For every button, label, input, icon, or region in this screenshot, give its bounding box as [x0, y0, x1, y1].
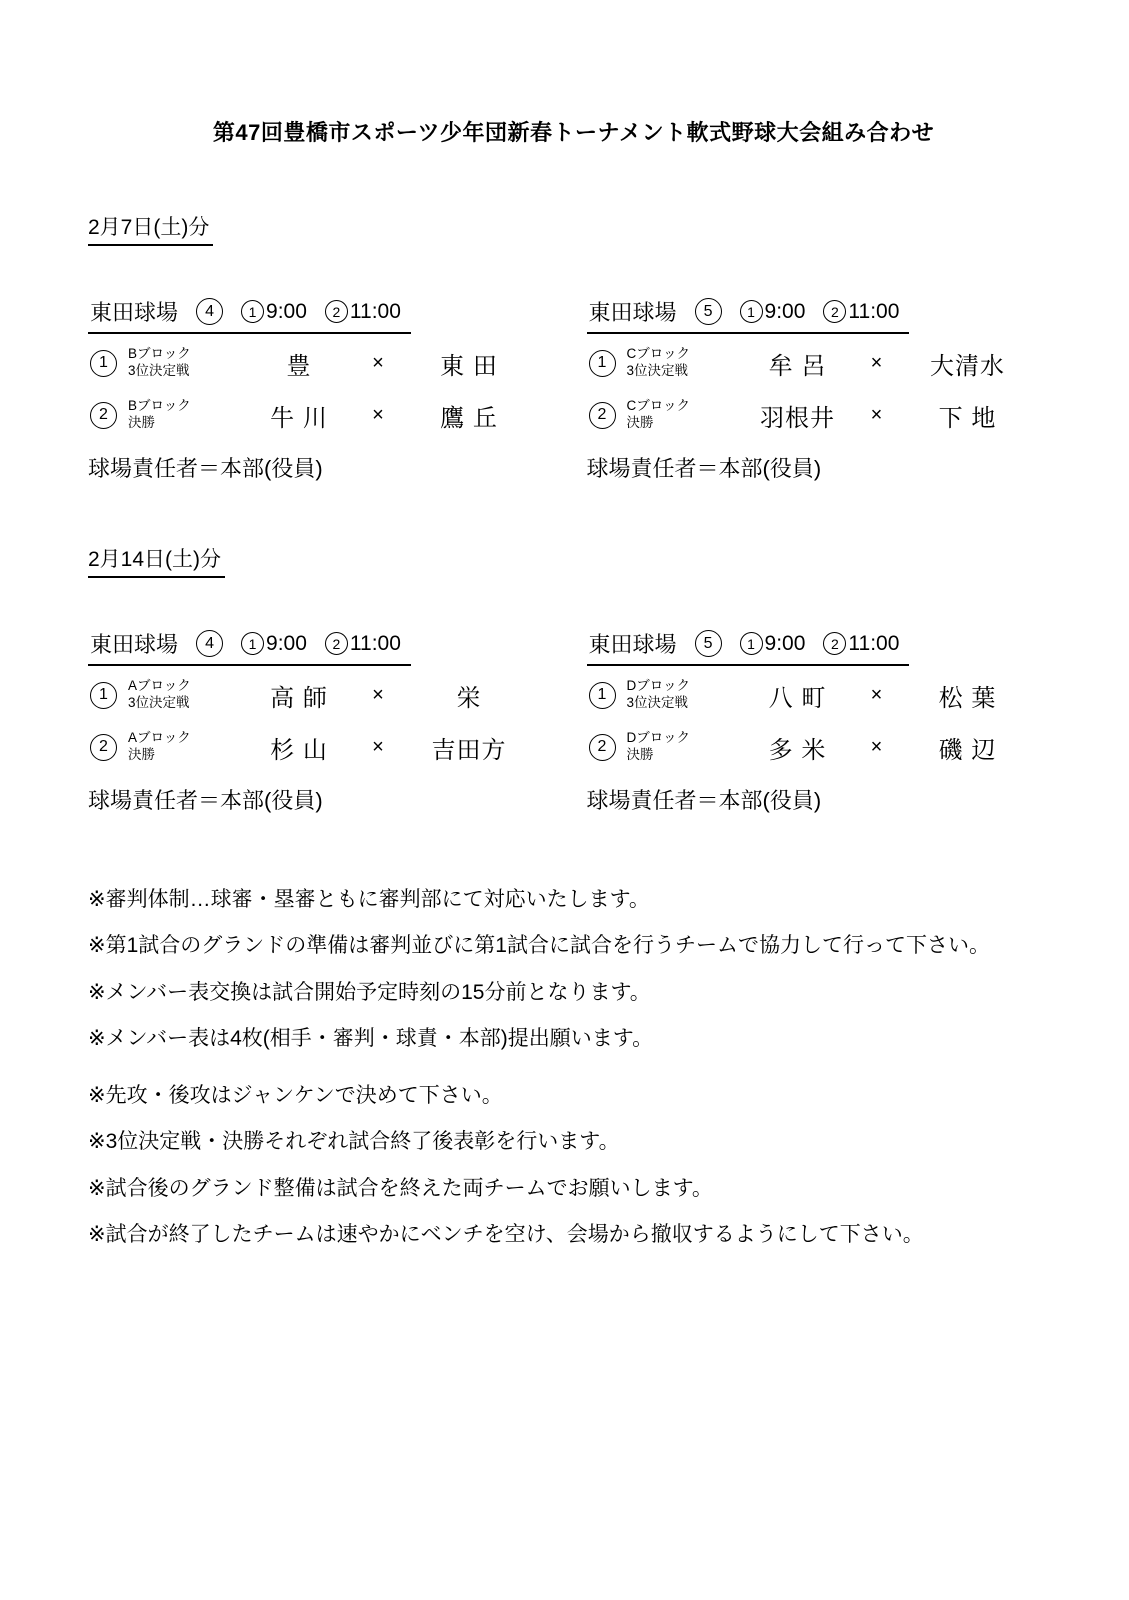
round-label: 3位決定戦 — [627, 363, 745, 380]
game-number-badge: 1 — [589, 350, 616, 377]
game-time-2: 211:00 — [325, 632, 401, 656]
game-time-2: 211:00 — [823, 300, 899, 324]
time-text: 9:00 — [266, 300, 307, 324]
block-round-label: Bブロック 決勝 — [128, 398, 246, 432]
team-name-right: 栄 — [404, 678, 534, 713]
circled-1-icon: 1 — [740, 300, 763, 323]
time-text: 11:00 — [350, 632, 401, 656]
team-name-right: 磯 辺 — [903, 730, 1033, 765]
time-num: 1 — [747, 305, 755, 319]
team-name-left: 羽根井 — [745, 398, 851, 433]
round-label: 3位決定戦 — [128, 695, 246, 712]
venue-header: 東田球場 4 19:00 211:00 — [88, 628, 411, 666]
block-label: Aブロック — [128, 678, 246, 695]
game-time-1: 19:00 — [241, 300, 307, 324]
team-name-left: 杉 山 — [246, 730, 352, 765]
date-heading: 2月7日(土)分 — [88, 211, 213, 246]
team-name-left: 多 米 — [745, 730, 851, 765]
circled-2-icon: 2 — [823, 632, 846, 655]
time-text: 9:00 — [765, 300, 806, 324]
manager-note: 球場責任者＝本部(役員) — [88, 784, 561, 815]
game-row: 1 Dブロック 3位決定戦 八 町 × 松 葉 — [587, 672, 1060, 718]
time-num: 2 — [332, 305, 340, 319]
manager-note: 球場責任者＝本部(役員) — [88, 452, 561, 483]
team-name-left: 豊 — [246, 346, 352, 381]
vs-mark: × — [352, 352, 404, 375]
round-label: 3位決定戦 — [627, 695, 745, 712]
game-time-1: 19:00 — [740, 300, 806, 324]
game-number: 2 — [598, 739, 607, 755]
venue-number-badge: 5 — [695, 630, 722, 657]
circled-1-icon: 1 — [740, 632, 763, 655]
time-num: 1 — [249, 637, 257, 651]
venue-number: 5 — [704, 304, 713, 320]
round-label: 3位決定戦 — [128, 363, 246, 380]
venue-block: 東田球場 4 19:00 211:00 1 Bブロック 3位決定戦 豊 — [88, 296, 561, 483]
block-label: Cブロック — [627, 398, 745, 415]
venue-number: 4 — [205, 636, 214, 652]
tournament-schedule-page: 第47回豊橋市スポーツ少年団新春トーナメント軟式野球大会組み合わせ 2月7日(土… — [0, 0, 1129, 1600]
venue-grid: 東田球場 4 19:00 211:00 1 Bブロック 3位決定戦 豊 — [88, 296, 1059, 483]
game-number: 2 — [99, 739, 108, 755]
block-round-label: Dブロック 決勝 — [627, 730, 745, 764]
game-row: 2 Cブロック 決勝 羽根井 × 下 地 — [587, 392, 1060, 438]
block-label: Dブロック — [627, 730, 745, 747]
block-round-label: Dブロック 3位決定戦 — [627, 678, 745, 712]
note-item: ※メンバー表は4枚(相手・審判・球責・本部)提出願います。 — [88, 1024, 1050, 1054]
venue-block: 東田球場 4 19:00 211:00 1 Aブロック 3位決定戦 高 師 — [88, 628, 561, 815]
team-name-right: 東 田 — [404, 346, 534, 381]
block-round-label: Aブロック 3位決定戦 — [128, 678, 246, 712]
venue-number: 4 — [205, 304, 214, 320]
venue-header: 東田球場 5 19:00 211:00 — [587, 628, 910, 666]
block-label: Dブロック — [627, 678, 745, 695]
time-text: 9:00 — [765, 632, 806, 656]
vs-mark: × — [352, 684, 404, 707]
notes-list: ※審判体制…球審・塁審ともに審判部にて対応いたします。 ※第1試合のグランドの準… — [88, 885, 1050, 1251]
team-name-left: 牛 川 — [246, 398, 352, 433]
time-text: 9:00 — [266, 632, 307, 656]
manager-note: 球場責任者＝本部(役員) — [587, 784, 1060, 815]
game-number: 2 — [99, 407, 108, 423]
time-num: 2 — [332, 637, 340, 651]
block-label: Aブロック — [128, 730, 246, 747]
block-round-label: Aブロック 決勝 — [128, 730, 246, 764]
team-name-right: 吉田方 — [404, 730, 534, 765]
game-number: 1 — [598, 687, 607, 703]
venue-name: 東田球場 — [589, 628, 677, 659]
round-label: 決勝 — [128, 747, 246, 764]
round-label: 決勝 — [627, 415, 745, 432]
time-num: 2 — [831, 305, 839, 319]
team-name-left: 八 町 — [745, 678, 851, 713]
venue-name: 東田球場 — [90, 628, 178, 659]
venue-block: 東田球場 5 19:00 211:00 1 Dブロック 3位決定戦 八 町 — [587, 628, 1060, 815]
team-name-left: 高 師 — [246, 678, 352, 713]
venue-block: 東田球場 5 19:00 211:00 1 Cブロック 3位決定戦 牟 呂 — [587, 296, 1060, 483]
game-time-2: 211:00 — [823, 632, 899, 656]
team-name-right: 大清水 — [903, 346, 1033, 381]
venue-name: 東田球場 — [90, 296, 178, 327]
team-name-right: 下 地 — [903, 398, 1033, 433]
venue-number: 5 — [704, 636, 713, 652]
game-time-1: 19:00 — [740, 632, 806, 656]
game-number-badge: 1 — [90, 350, 117, 377]
circled-1-icon: 1 — [241, 632, 264, 655]
team-name-left: 牟 呂 — [745, 346, 851, 381]
vs-mark: × — [352, 736, 404, 759]
game-row: 1 Cブロック 3位決定戦 牟 呂 × 大清水 — [587, 340, 1060, 386]
vs-mark: × — [851, 352, 903, 375]
venue-header: 東田球場 5 19:00 211:00 — [587, 296, 910, 334]
time-num: 1 — [249, 305, 257, 319]
circled-1-icon: 1 — [241, 300, 264, 323]
game-number-badge: 2 — [90, 402, 117, 429]
venue-header: 東田球場 4 19:00 211:00 — [88, 296, 411, 334]
round-label: 決勝 — [128, 415, 246, 432]
note-item: ※第1試合のグランドの準備は審判並びに第1試合に試合を行うチームで協力して行って… — [88, 931, 1050, 961]
game-number: 2 — [598, 407, 607, 423]
block-round-label: Cブロック 決勝 — [627, 398, 745, 432]
venue-number-badge: 4 — [196, 630, 223, 657]
block-round-label: Bブロック 3位決定戦 — [128, 346, 246, 380]
game-number-badge: 1 — [589, 682, 616, 709]
venue-name: 東田球場 — [589, 296, 677, 327]
game-number-badge: 2 — [90, 734, 117, 761]
game-number-badge: 2 — [589, 402, 616, 429]
team-name-right: 鷹 丘 — [404, 398, 534, 433]
game-number-badge: 1 — [90, 682, 117, 709]
block-round-label: Cブロック 3位決定戦 — [627, 346, 745, 380]
note-item: ※審判体制…球審・塁審ともに審判部にて対応いたします。 — [88, 885, 1050, 915]
game-number: 1 — [598, 355, 607, 371]
vs-mark: × — [851, 404, 903, 427]
time-num: 2 — [831, 637, 839, 651]
game-row: 1 Aブロック 3位決定戦 高 師 × 栄 — [88, 672, 561, 718]
note-item: ※先攻・後攻はジャンケンで決めて下さい。 — [88, 1081, 1050, 1111]
game-row: 2 Bブロック 決勝 牛 川 × 鷹 丘 — [88, 392, 561, 438]
time-text: 11:00 — [350, 300, 401, 324]
game-number-badge: 2 — [589, 734, 616, 761]
manager-note: 球場責任者＝本部(役員) — [587, 452, 1060, 483]
game-row: 1 Bブロック 3位決定戦 豊 × 東 田 — [88, 340, 561, 386]
block-label: Bブロック — [128, 398, 246, 415]
round-label: 決勝 — [627, 747, 745, 764]
vs-mark: × — [851, 736, 903, 759]
note-item: ※メンバー表交換は試合開始予定時刻の15分前となります。 — [88, 978, 1050, 1008]
time-text: 11:00 — [848, 300, 899, 324]
venue-number-badge: 5 — [695, 298, 722, 325]
vs-mark: × — [352, 404, 404, 427]
date-heading: 2月14日(土)分 — [88, 543, 225, 578]
note-item: ※3位決定戦・決勝それぞれ試合終了後表彰を行います。 — [88, 1127, 1050, 1157]
venue-grid: 東田球場 4 19:00 211:00 1 Aブロック 3位決定戦 高 師 — [88, 628, 1059, 815]
venue-number-badge: 4 — [196, 298, 223, 325]
circled-2-icon: 2 — [325, 300, 348, 323]
game-row: 2 Dブロック 決勝 多 米 × 磯 辺 — [587, 724, 1060, 770]
circled-2-icon: 2 — [325, 632, 348, 655]
game-row: 2 Aブロック 決勝 杉 山 × 吉田方 — [88, 724, 561, 770]
block-label: Bブロック — [128, 346, 246, 363]
page-title: 第47回豊橋市スポーツ少年団新春トーナメント軟式野球大会組み合わせ — [88, 116, 1059, 147]
note-item: ※試合が終了したチームは速やかにベンチを空け、会場から撤収するようにして下さい。 — [88, 1220, 1050, 1250]
vs-mark: × — [851, 684, 903, 707]
team-name-right: 松 葉 — [903, 678, 1033, 713]
time-num: 1 — [747, 637, 755, 651]
day-section-feb14: 2月14日(土)分 東田球場 4 19:00 211:00 1 — [88, 543, 1059, 815]
circled-2-icon: 2 — [823, 300, 846, 323]
game-time-2: 211:00 — [325, 300, 401, 324]
note-item: ※試合後のグランド整備は試合を終えた両チームでお願いします。 — [88, 1174, 1050, 1204]
block-label: Cブロック — [627, 346, 745, 363]
day-section-feb7: 2月7日(土)分 東田球場 4 19:00 211:00 1 — [88, 211, 1059, 483]
time-text: 11:00 — [848, 632, 899, 656]
game-number: 1 — [99, 355, 108, 371]
game-number: 1 — [99, 687, 108, 703]
game-time-1: 19:00 — [241, 632, 307, 656]
